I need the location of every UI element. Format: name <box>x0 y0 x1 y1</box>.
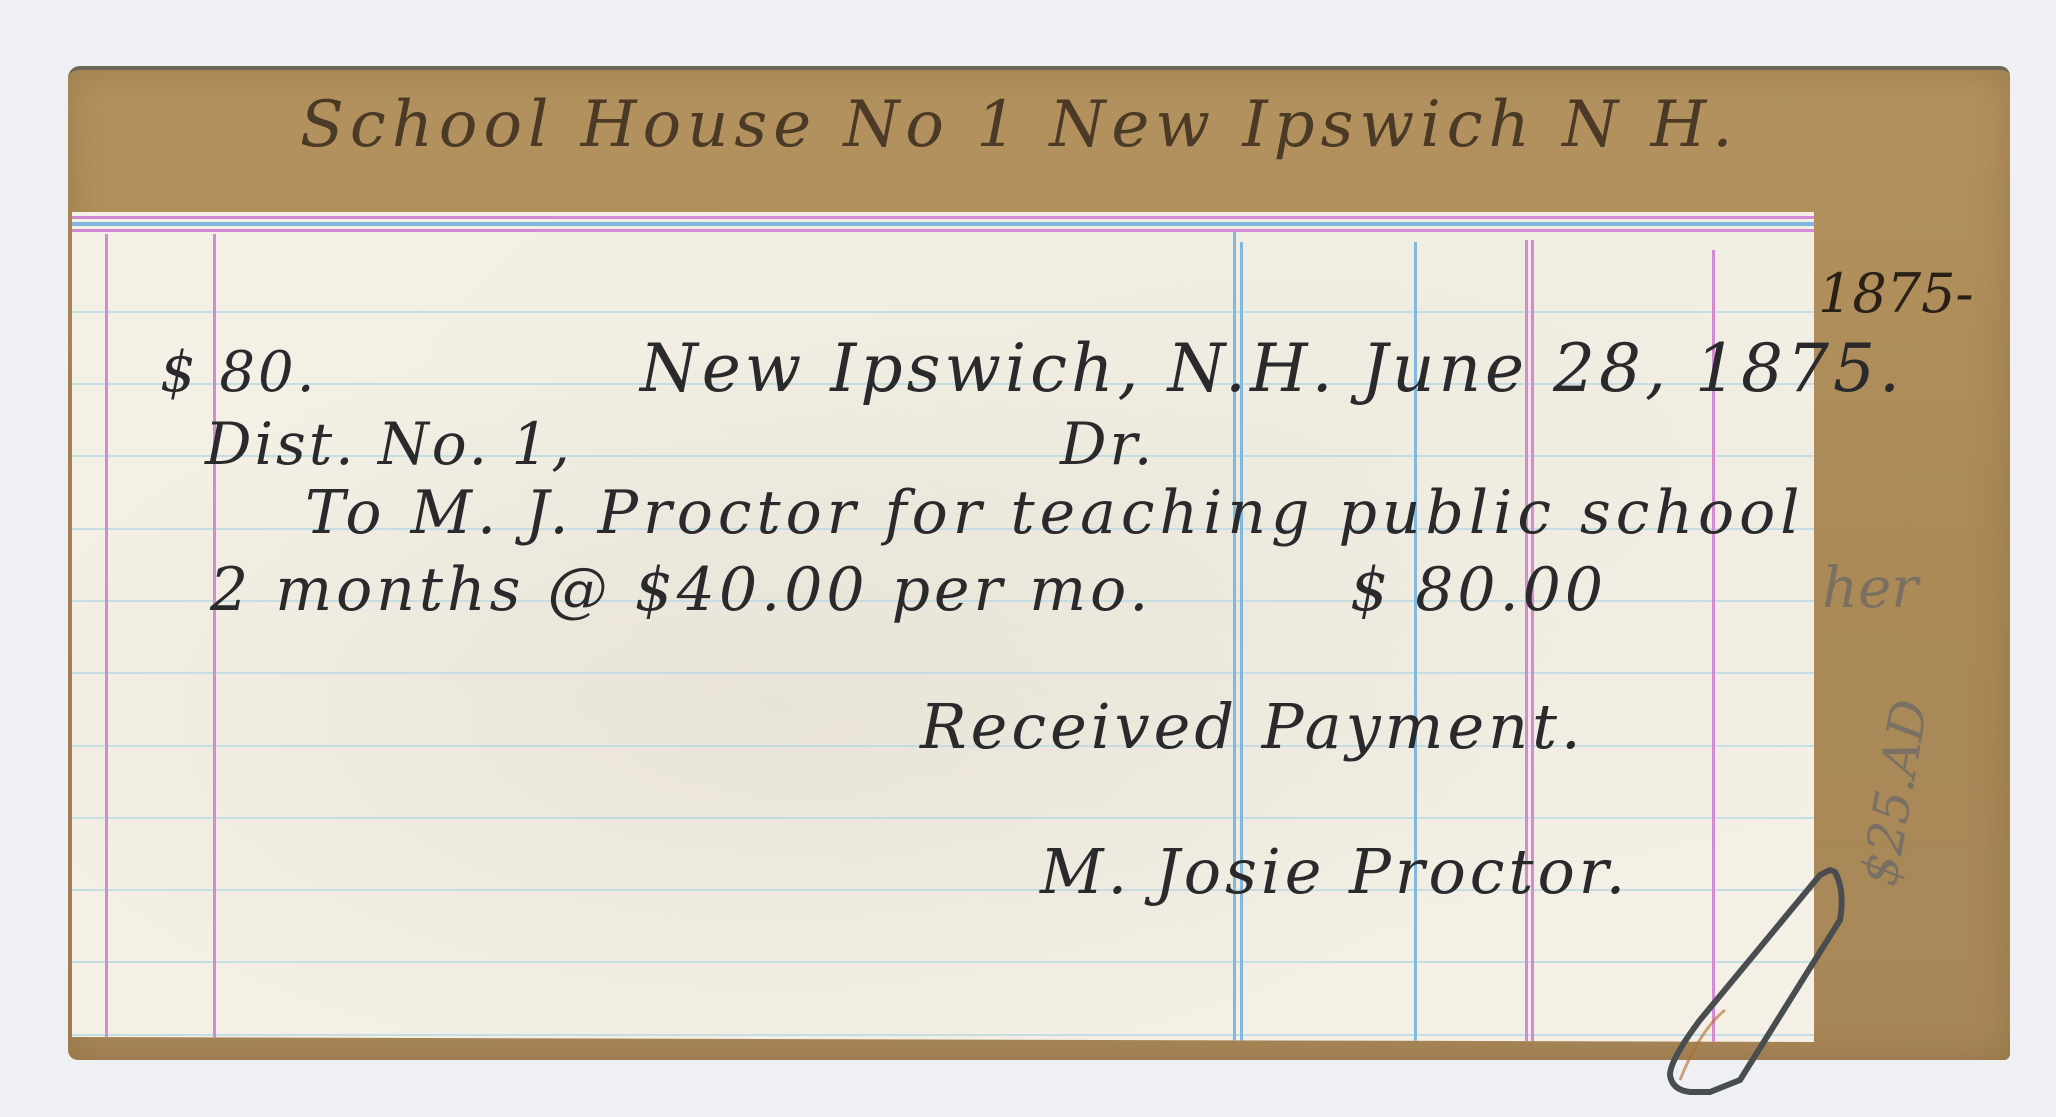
ruled-line <box>72 1034 1814 1036</box>
receipt-line-2: 2 months @ $40.00 per mo. <box>210 555 1152 625</box>
top-rule-blue <box>72 222 1814 226</box>
receipt-line-1: To M. J. Proctor for teaching public sch… <box>305 478 1804 548</box>
ruled-line <box>72 961 1814 963</box>
card-heading: School House No 1 New Ipswich N H. <box>300 88 1900 162</box>
debtor: Dist. No. 1, <box>205 410 573 478</box>
ruled-line <box>72 311 1814 313</box>
ruled-line <box>72 672 1814 674</box>
card-note-year: 1875- <box>1818 262 1974 325</box>
card-note-pencil: her <box>1822 556 1918 621</box>
margin-line <box>105 234 108 1042</box>
amount-short: $ 80. <box>160 340 318 405</box>
place-date: New Ipswich, N.H. June 28, 1875. <box>640 330 1904 407</box>
dr-label: Dr. <box>1060 410 1155 478</box>
top-rule-pink-2 <box>72 229 1814 232</box>
paper-clip-icon <box>1640 860 1860 1110</box>
signature: M. Josie Proctor. <box>1040 835 1629 908</box>
ruled-line <box>72 817 1814 819</box>
top-rule-pink <box>72 216 1814 219</box>
receipt-amount: $ 80.00 <box>1350 555 1607 625</box>
received-payment: Received Payment. <box>920 690 1585 763</box>
